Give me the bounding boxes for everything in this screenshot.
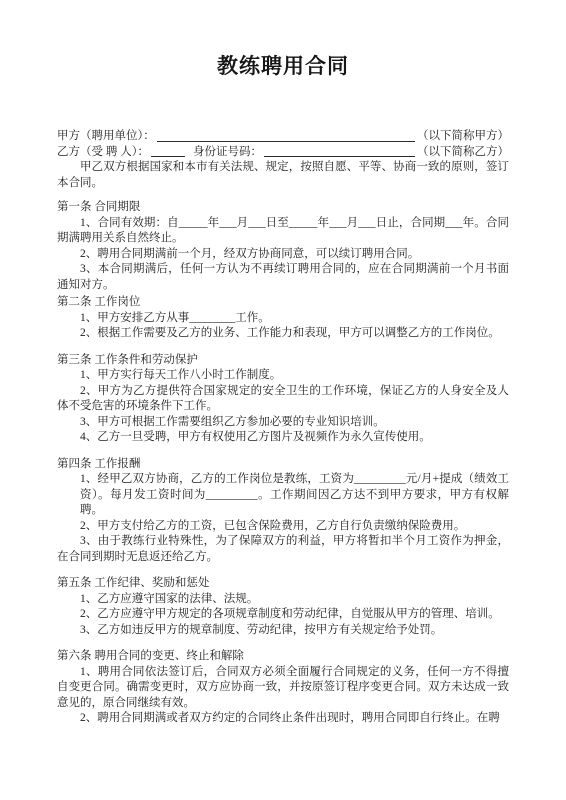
section-3-item-2: 2、甲方为乙方提供符合国家规定的安全卫生的工作环境，保证乙方的人身安全及人体不受… [57,384,509,415]
section-3-item-3: 3、甲方可根据工作需要组织乙方参加必要的专业知识培训。 [57,415,509,431]
section-3-item-1: 1、甲方实行每天工作八小时工作制度。 [57,368,509,384]
section-6-item-1: 1、聘用合同依法签订后，合同双方必须全面履行合同规定的义务，任何一方不得擅自变更… [57,665,509,712]
party-a-line: 甲方（聘用单位）： （以下简称甲方） [57,129,509,145]
section-1-item-1: 1、合同有效期：自_____年___月___日至_____年___月___日止，… [57,216,509,247]
section-5-item-1: 1、乙方应遵守国家的法律、法规。 [57,592,509,608]
section-3-item-4: 4、乙方一旦受聘，甲方有权使用乙方图片及视频作为永久宣传使用。 [57,430,509,446]
preamble: 甲乙双方根据国家和本市有关法规、规定，按照自愿、平等、协商一致的原则，签订本合同… [57,160,509,191]
party-a-label: 甲方（聘用单位）： [57,129,155,145]
section-4-item-1: 1、经甲乙双方协商，乙方的工作岗位是教练，工资为_________元/月+提成（… [57,472,509,519]
section-1-heading: 第一条 合同期限 [57,200,509,216]
section-6-heading: 第六条 聘用合同的变更、终止和解除 [57,649,509,665]
section-3-conditions: 第三条 工作条件和劳动保护 1、甲方实行每天工作八小时工作制度。 2、甲方为乙方… [57,353,509,446]
section-6-modification: 第六条 聘用合同的变更、终止和解除 1、聘用合同依法签订后，合同双方必须全面履行… [57,649,509,727]
section-5-item-2: 2、乙方应遵守甲方规定的各项规章制度和劳动纪律，自觉服从甲方的管理、培训。 [57,607,509,623]
party-b-name-blank-line [151,156,185,157]
section-2-item-1: 1、甲方安排乙方从事________工作。 [57,311,509,327]
section-4-item-2: 2、甲方支付给乙方的工资，已包含保险费用，乙方自行负责缴纳保险费用。 [57,519,509,535]
section-5-item-3: 3、乙方如违反甲方的规章制度、劳动纪律，按甲方有关规定给予处罚。 [57,623,509,639]
contract-page: 教练聘用合同 甲方（聘用单位）： （以下简称甲方） 乙方（受 聘 人）： 身份证… [0,0,566,800]
section-2-position: 第二条 工作岗位 1、甲方安排乙方从事________工作。 2、根据工作需要及… [57,295,509,342]
section-5-discipline: 第五条 工作纪律、奖励和惩处 1、乙方应遵守国家的法律、法规。 2、乙方应遵守甲… [57,576,509,638]
party-a-blank-line [157,141,415,142]
party-b-label: 乙方（受 聘 人）： [57,145,149,161]
section-3-heading: 第三条 工作条件和劳动保护 [57,353,509,369]
page-title: 教练聘用合同 [57,52,509,81]
section-2-heading: 第二条 工作岗位 [57,295,509,311]
section-1-item-3: 3、本合同期满后，任何一方认为不再续订聘用合同的，应在合同期满前一个月书面通知对… [57,262,509,293]
section-4-item-3: 3、由于教练行业特殊性，为了保障双方的利益，甲方将暂扣半个月工资作为押金，在合同… [57,534,509,565]
section-2-item-2: 2、根据工作需要及乙方的业务、工作能力和表现，甲方可以调整乙方的工作岗位。 [57,326,509,342]
section-6-item-2: 2、聘用合同期满或者双方约定的合同终止条件出现时，聘用合同即自行终止。在聘 [57,711,509,727]
section-1-item-2: 2、聘用合同期满前一个月，经双方协商同意，可以续订聘用合同。 [57,247,509,263]
section-4-heading: 第四条 工作报酬 [57,457,509,473]
party-b-line: 乙方（受 聘 人）： 身份证号码： （以下简称乙方） [57,145,509,161]
parties-block: 甲方（聘用单位）： （以下简称甲方） 乙方（受 聘 人）： 身份证号码： （以下… [57,129,509,191]
section-4-remuneration: 第四条 工作报酬 1、经甲乙双方协商，乙方的工作岗位是教练，工资为_______… [57,457,509,566]
party-a-alias: （以下简称甲方） [417,129,509,145]
section-5-heading: 第五条 工作纪律、奖励和惩处 [57,576,509,592]
section-1-term: 第一条 合同期限 1、合同有效期：自_____年___月___日至_____年_… [57,200,509,293]
id-number-blank-line [264,156,415,157]
id-number-label: 身份证号码： [193,145,262,161]
party-b-alias: （以下简称乙方） [417,145,509,161]
